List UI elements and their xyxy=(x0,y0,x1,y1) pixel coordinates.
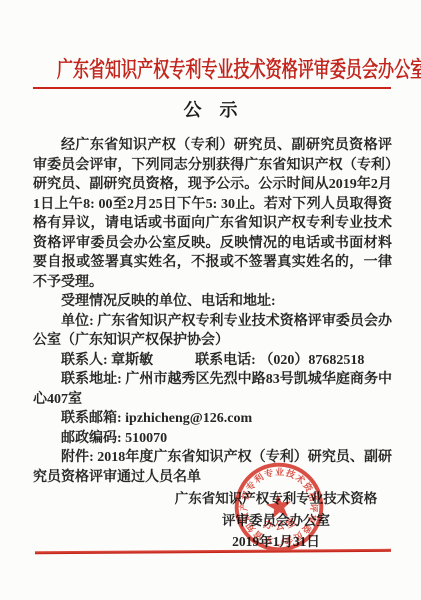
paragraph-attachment: 附件: 2018年度广东省知识产权（专利）研究员、副研究员资格评审通过人员名单 xyxy=(33,448,392,487)
document-body: 经广东省知识产权（专利）研究员、副研究员资格评审委员会评审，下列同志分别获得广东… xyxy=(33,136,392,487)
paragraph-contact-intro: 受理情况反映的单位、电话和地址: xyxy=(33,292,392,312)
paragraph-address: 联系地址: 广州市越秀区先烈中路83号凯城华庭商务中心407室 xyxy=(33,370,392,409)
paragraph-unit: 单位: 广东省知识产权专利专业技术资格评审委员会办公室（广东知识产权保护协会） xyxy=(33,312,392,351)
contact-person: 联系人: 章斯敏 xyxy=(61,353,153,368)
contact-phone: 联系电话: （020）87682518 xyxy=(195,353,364,368)
paragraph-main: 经广东省知识产权（专利）研究员、副研究员资格评审委员会评审，下列同志分别获得广东… xyxy=(33,136,392,292)
seal-bottom-text: 办公室 xyxy=(261,513,301,534)
document-page: 广东省知识产权专利专业技术资格评审委员会办公室 公 示 经广东省知识产权（专利）… xyxy=(0,0,421,600)
issuing-office-title: 广东省知识产权专利专业技术资格评审委员会办公室 xyxy=(57,53,364,84)
footer-divider-line xyxy=(35,549,391,554)
paragraph-email: 联系邮箱: ipzhicheng@126.com xyxy=(33,409,392,429)
paragraph-postal-code: 邮政编码: 510070 xyxy=(33,429,392,449)
paragraph-contact-person-phone: 联系人: 章斯敏联系电话: （020）87682518 xyxy=(33,351,392,371)
document-title: 公 示 xyxy=(0,96,421,122)
svg-text:办公室: 办公室 xyxy=(261,513,301,534)
header-divider-line xyxy=(33,87,391,89)
official-red-seal: 广东省知识产权专利专业技术资格评审委员会 办公室 xyxy=(227,455,332,560)
seal-star-icon xyxy=(265,492,293,519)
